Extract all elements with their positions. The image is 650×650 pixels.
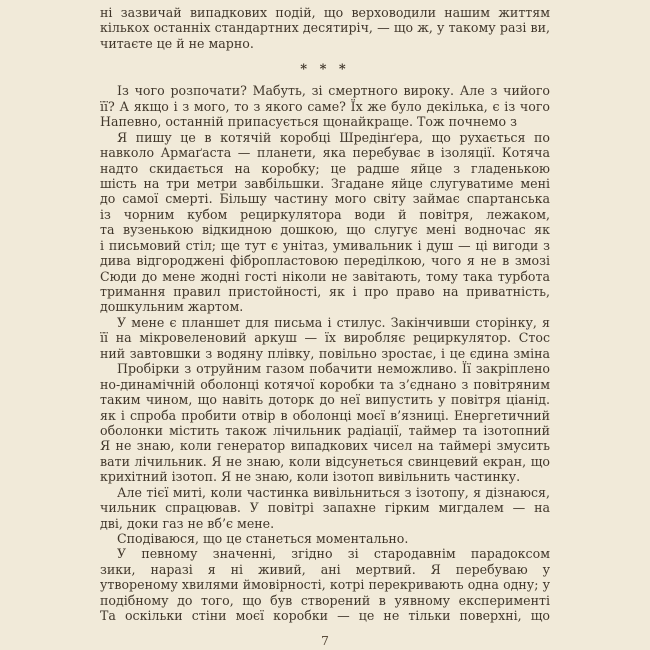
paragraph: Але тієї миті, коли частинка вивільнитьс… [100,485,550,531]
text-line: навколо Армаґаста — планети, яка перебув… [100,145,550,160]
text-line: таким чином, що навіть доторк до неї вип… [100,392,550,407]
text-line: шість на три метри завбільшки. Згадане я… [100,176,550,191]
text-line: чильник спрацював. У повітрі запахне гір… [100,500,550,515]
text-line: її на мікровеленовий аркуш — їх виробляє… [100,330,550,345]
text-line: дошкульним жартом. [100,299,550,314]
text-line: Напевно, останній припасується щонайкращ… [100,114,550,129]
text-line: Із чого розпочати? Мабуть, зі смертного … [100,83,550,98]
text-line: У певному значенні, згідно зі стародавні… [100,546,550,561]
paragraph: Із чого розпочати? Мабуть, зі смертного … [100,83,550,129]
paragraph: У мене є планшет для письма і стилус. За… [100,315,550,361]
book-page: ні зазвичай випадкових подій, що верхово… [0,0,650,650]
text-line: Пробірки з отруйним газом побачити немож… [100,361,550,376]
text-line: Я пишу це в котячій коробці Шредінґера, … [100,130,550,145]
text-line: та вузенькою відкидною дошкою, що слугує… [100,222,550,237]
text-line: дві, доки газ не вб’є мене. [100,516,550,531]
page-number: 7 [0,633,650,648]
text-line: як і спроба пробити отвір в оболонці моє… [100,408,550,423]
paragraph: У певному значенні, згідно зі стародавні… [100,546,550,623]
text-line: крихітний ізотоп. Я не знаю, коли ізотоп… [100,469,550,484]
text-line: із чорним кубом рециркулятора води й пов… [100,207,550,222]
paragraph: Я пишу це в котячій коробці Шредінґера, … [100,130,550,315]
page-text: ні зазвичай випадкових подій, що верхово… [100,1,550,624]
text-line: подібному до того, що був створений в уя… [100,593,550,608]
text-line: читаєте це й не марно. [100,36,550,51]
paragraph: Пробірки з отруйним газом побачити немож… [100,361,550,485]
text-line: і письмовий стіл; ще тут є унітаз, умива… [100,238,550,253]
text-line: У мене є планшет для письма і стилус. За… [100,315,550,330]
text-line: ний завтовшки з водяну плівку, повільно … [100,346,550,361]
text-line: ні зазвичай випадкових подій, що верхово… [100,5,550,20]
section-break: * * * [100,51,550,83]
text-line: її? А якщо і з мого, то з якого саме? Їх… [100,99,550,114]
text-line: Але тієї миті, коли частинка вивільнитьс… [100,485,550,500]
text-line: вати лічильник. Я не знаю, коли відсунет… [100,454,550,469]
text-line: Та оскільки стіни моєї коробки — це не т… [100,608,550,623]
text-line: Я не знаю, коли генератор випадкових чис… [100,438,550,453]
text-line: но-динамічній оболонці котячої коробки т… [100,377,550,392]
text-line: Сподіваюся, що це станеться моментально. [100,531,550,546]
text-line: оболонки містить також лічильник радіаці… [100,423,550,438]
text-line: до самої смерті. Більшу частину мого сві… [100,191,550,206]
asterisk-divider: * * * [300,62,349,77]
text-line: Сюди до мене жодні гості ніколи не завіт… [100,269,550,284]
text-line: кількох останніх стандартних десятиріч, … [100,20,550,35]
text-line: тримання правил пристойності, як і про п… [100,284,550,299]
text-line: дива відгороджені фібропластовою переділ… [100,253,550,268]
paragraph: ні зазвичай випадкових подій, що верхово… [100,5,550,51]
text-line: утвореному хвилями ймовірності, котрі пе… [100,577,550,592]
text-line: надто скидається на коробку; це радше яй… [100,161,550,176]
text-line: зики, наразі я ні живий, ані мертвий. Я … [100,562,550,577]
paragraph: Сподіваюся, що це станеться моментально. [100,531,550,546]
